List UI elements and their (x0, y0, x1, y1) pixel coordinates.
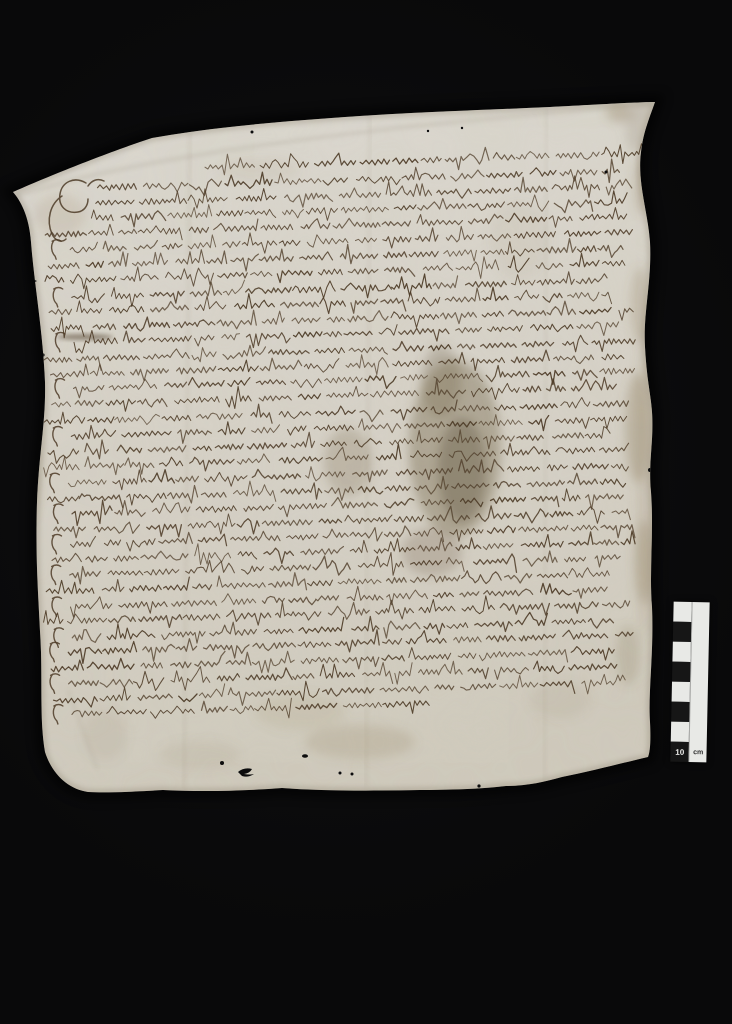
photo-stage: 10 cm (0, 0, 732, 1024)
scale-segments: 10 (670, 602, 692, 762)
scale-segment (672, 642, 691, 662)
scale-segment (671, 702, 690, 722)
scale-segment (672, 682, 691, 702)
scale-value-label: 10 (670, 742, 689, 762)
ink-smear (57, 334, 113, 340)
parchment-document (8, 82, 674, 800)
scale-segment (673, 602, 692, 622)
scale-segment (673, 622, 692, 642)
scale-segment: 10 (670, 742, 689, 762)
scale-segment (671, 722, 690, 742)
scale-unit-label: cm (693, 749, 703, 756)
scale-segment (672, 662, 691, 682)
scale-strip: cm (689, 602, 710, 762)
document-photo (0, 0, 732, 1024)
photographic-scale-bar: 10 cm (670, 602, 709, 763)
